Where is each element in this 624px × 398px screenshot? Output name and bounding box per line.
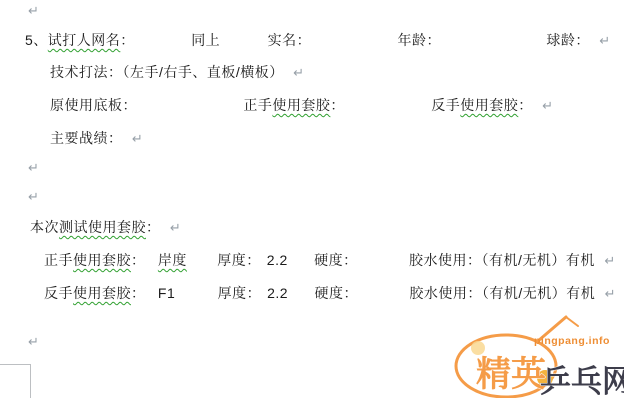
bh-colon: ： bbox=[131, 284, 146, 303]
forehand-rubber-prefix: 正手 bbox=[243, 96, 272, 115]
line-test-forehand: 正手使用套胶： 岸度 厚度：2.2 硬度： 胶水使用：（有机/无机）有机 ↵ bbox=[44, 251, 616, 270]
paragraph-mark: ↵ bbox=[28, 334, 39, 350]
nickname-colon: ： bbox=[120, 31, 135, 50]
play-style-text: 技术打法：（左手/右手、直板/横板） bbox=[50, 63, 284, 82]
text-boundary-mark-horizontal bbox=[0, 364, 30, 365]
fh-colon: ： bbox=[131, 251, 146, 270]
nickname-value: 同上 bbox=[191, 31, 220, 50]
fh-thickness-label: 厚度： bbox=[217, 251, 261, 270]
watermark-site-url: pingpang.info bbox=[534, 335, 610, 347]
line-tester-identity: 5、试打人网名： 同上 实名： 年龄： 球龄： ↵ bbox=[25, 31, 611, 50]
line-previous-equipment: 原使用底板： 正手使用套胶： 反手使用套胶： ↵ bbox=[50, 96, 554, 115]
fh-rubber-label: 使用套胶 bbox=[73, 251, 131, 270]
bh-hardness-label: 硬度： bbox=[314, 284, 358, 303]
fh-rubber-brand: 岸度 bbox=[158, 251, 187, 270]
bh-rubber-brand: F1 bbox=[158, 284, 175, 303]
blade-label: 原使用底板： bbox=[50, 96, 137, 115]
fh-glue-text: 胶水使用：（有机/无机）有机 bbox=[409, 251, 595, 270]
line-test-header: 本次测试使用套胶： ↵ bbox=[30, 218, 181, 237]
line-play-style: 技术打法：（左手/右手、直板/横板） ↵ bbox=[50, 63, 305, 82]
backhand-rubber-prefix: 反手 bbox=[431, 96, 460, 115]
paragraph-mark: ↵ bbox=[542, 96, 553, 115]
paragraph-mark: ↵ bbox=[604, 251, 615, 270]
backhand-rubber-label: 使用套胶 bbox=[460, 96, 518, 115]
paragraph-mark: ↵ bbox=[132, 129, 143, 148]
line-main-results: 主要战绩： ↵ bbox=[50, 129, 143, 148]
paragraph-mark: ↵ bbox=[28, 189, 39, 205]
bh-thickness-label: 厚度： bbox=[218, 284, 262, 303]
nickname-label: 试打人网名 bbox=[48, 31, 121, 50]
age-label: 年龄： bbox=[397, 31, 441, 50]
watermark-brand-secondary: 乒乓网 bbox=[540, 364, 624, 398]
main-results-label: 主要战绩： bbox=[50, 129, 123, 148]
ball-age-label: 球龄： bbox=[546, 31, 590, 50]
bh-thickness-value: 2.2 bbox=[267, 284, 288, 303]
list-number: 5、 bbox=[25, 31, 48, 50]
watermark-logo: pingpang.info 精英 乒乓网 bbox=[448, 312, 624, 398]
test-header-label: 测试使用套胶 bbox=[59, 218, 146, 237]
forehand-rubber-colon: ： bbox=[330, 96, 345, 115]
bh-glue-text: 胶水使用：（有机/无机）有机 bbox=[409, 284, 595, 303]
document-canvas[interactable]: ↵ 5、试打人网名： 同上 实名： 年龄： 球龄： ↵ 技术打法：（左手/右手、… bbox=[0, 0, 624, 398]
paragraph-mark: ↵ bbox=[605, 284, 616, 303]
paragraph-mark: ↵ bbox=[28, 3, 39, 19]
backhand-rubber-colon: ： bbox=[518, 96, 533, 115]
paragraph-mark: ↵ bbox=[293, 63, 304, 82]
paragraph-mark: ↵ bbox=[599, 31, 610, 50]
fh-thickness-value: 2.2 bbox=[267, 251, 288, 270]
text-boundary-mark-vertical bbox=[30, 364, 31, 398]
fh-hardness-label: 硬度： bbox=[314, 251, 358, 270]
real-name-label: 实名： bbox=[268, 31, 312, 50]
line-test-backhand: 反手使用套胶： F1 厚度：2.2 硬度： 胶水使用：（有机/无机）有机 ↵ bbox=[44, 284, 616, 303]
fh-prefix: 正手 bbox=[44, 251, 73, 270]
bh-rubber-label: 使用套胶 bbox=[73, 284, 131, 303]
test-header-prefix: 本次 bbox=[30, 218, 59, 237]
forehand-rubber-label: 使用套胶 bbox=[272, 96, 330, 115]
bh-prefix: 反手 bbox=[44, 284, 73, 303]
accent-dot-light-icon bbox=[471, 341, 485, 355]
watermark-brand-primary: 精英 bbox=[476, 355, 546, 394]
paddle-handle-tip-icon bbox=[566, 317, 578, 326]
test-header-colon: ： bbox=[146, 218, 161, 237]
paragraph-mark: ↵ bbox=[28, 160, 39, 176]
paragraph-mark: ↵ bbox=[170, 218, 181, 237]
